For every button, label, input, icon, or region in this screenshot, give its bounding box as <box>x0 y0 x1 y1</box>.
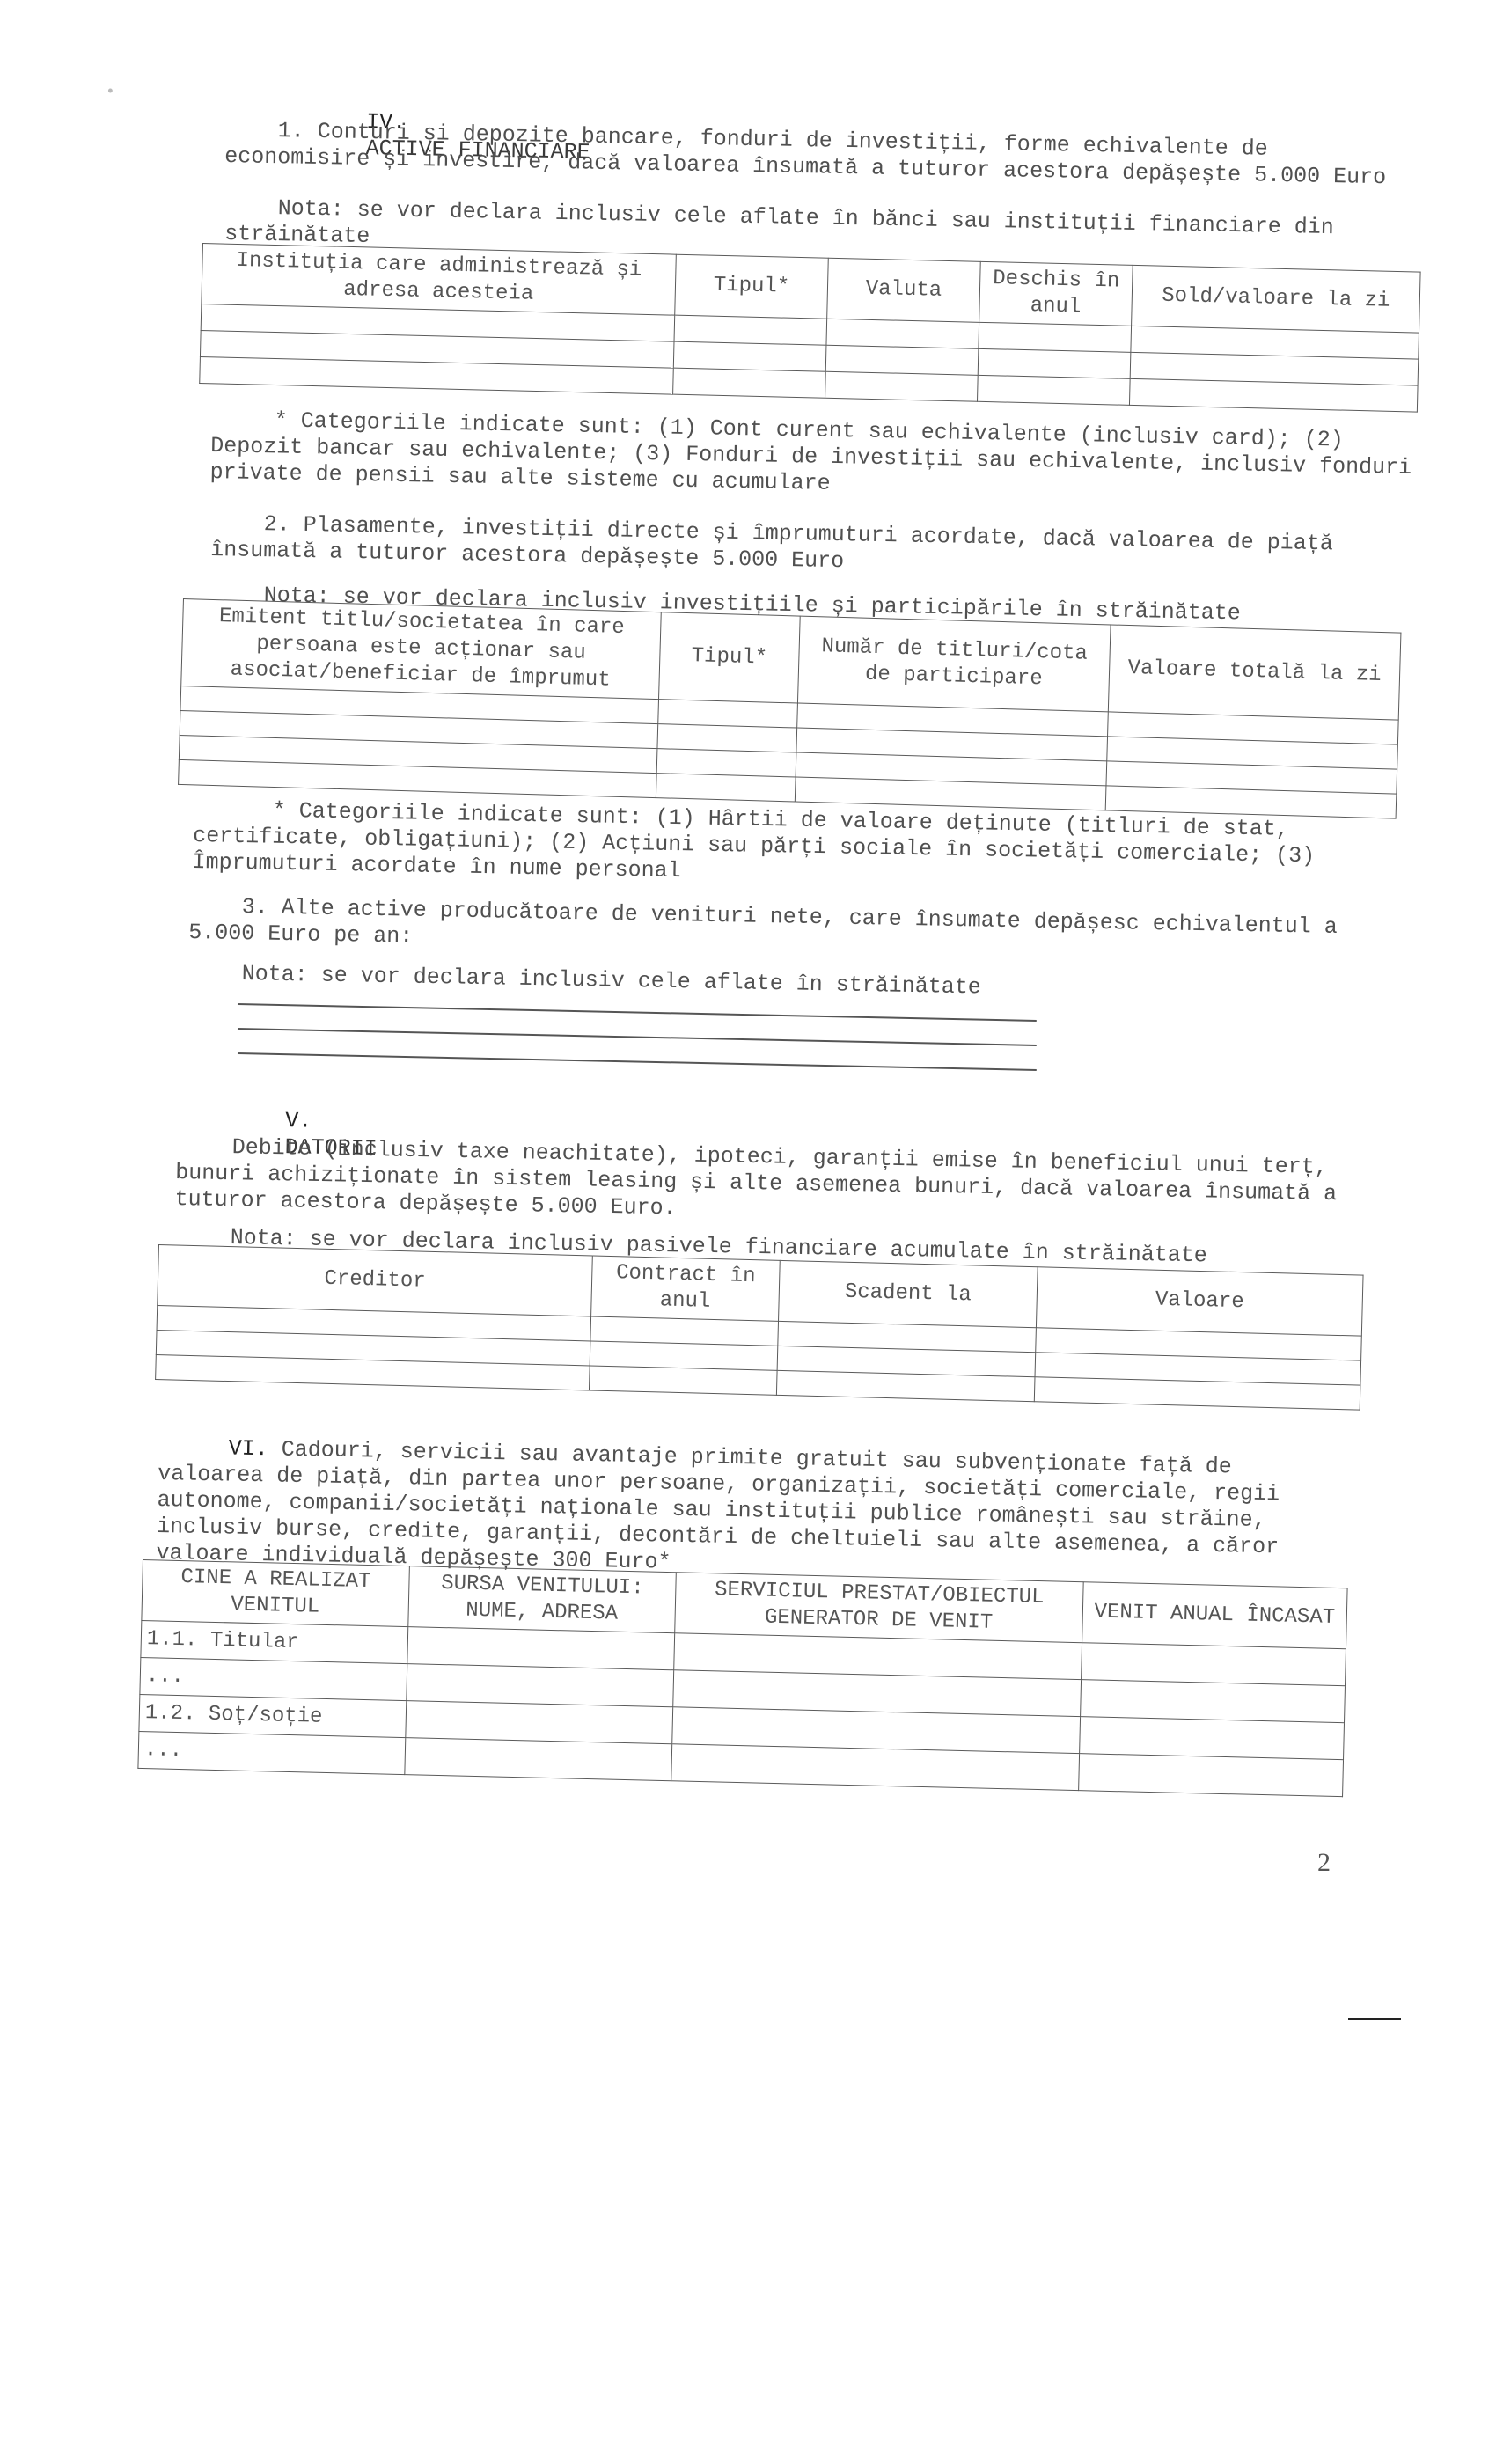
table-cell[interactable] <box>656 774 796 802</box>
table-cell[interactable] <box>776 1370 1035 1401</box>
table-cell[interactable] <box>1080 1717 1345 1760</box>
table-cell[interactable] <box>1082 1643 1346 1686</box>
item1-header-opened: Deschis în anul <box>979 261 1133 326</box>
section-v-text: Debite (inclusiv taxe neachitate), ipote… <box>174 1133 1346 1234</box>
table-cell[interactable] <box>979 322 1132 352</box>
table-cell[interactable] <box>1079 1754 1344 1797</box>
table-cell[interactable] <box>589 1366 777 1395</box>
section-v-header-contract: Contract în anul <box>591 1256 781 1321</box>
table-cell[interactable] <box>825 371 979 401</box>
item2-header-type: Tipul* <box>659 612 801 703</box>
item3-blank-line[interactable] <box>238 1003 1037 1022</box>
item1-header-currency: Valuta <box>827 258 981 322</box>
item3-note: Nota: se vor declara inclusiv cele aflat… <box>241 961 1121 1003</box>
item2-header-issuer: Emitent titlu/societatea în care persoan… <box>181 599 662 700</box>
section-v-header-value: Valoare <box>1036 1267 1363 1336</box>
section-vi-header-source: SURSA VENITULUI: NUME, ADRESA <box>408 1566 677 1633</box>
section-v-header-creditor: Creditor <box>158 1245 593 1316</box>
row-label: 1.2. Soț/soție <box>139 1694 407 1737</box>
scan-speck: • <box>106 84 115 101</box>
row-label: 1.1. Titular <box>141 1620 408 1663</box>
section-v-header-due: Scadent la <box>779 1260 1038 1327</box>
table-cell[interactable] <box>656 749 796 777</box>
item1-header-institution: Instituția care administrează și adresa … <box>202 244 676 316</box>
section-v-number: V. <box>285 1108 312 1134</box>
item2-table: Emitent titlu/societatea în care persoan… <box>178 598 1401 819</box>
section-vi-table-wrap: CINE A REALIZAT VENITUL SURSA VENITULUI:… <box>137 1559 1347 1797</box>
table-cell[interactable] <box>1129 378 1418 412</box>
table-cell[interactable] <box>825 345 979 375</box>
item3-blank-line[interactable] <box>238 1028 1037 1046</box>
item3-blank-line[interactable] <box>238 1052 1037 1071</box>
section-vi-table: CINE A REALIZAT VENITUL SURSA VENITULUI:… <box>137 1559 1347 1797</box>
table-cell[interactable] <box>405 1738 672 1781</box>
table-cell[interactable] <box>658 700 798 728</box>
item2-header-count: Număr de titluri/cota de participare <box>797 616 1111 712</box>
document-page: IV. ACTIVE FINANCIARE 1. Conturi și depo… <box>0 0 1496 2464</box>
table-cell[interactable] <box>406 1701 673 1744</box>
table-cell[interactable] <box>407 1627 675 1670</box>
item1-header-type: Tipul* <box>675 254 829 319</box>
table-cell[interactable] <box>657 724 797 752</box>
table-cell[interactable] <box>977 375 1130 405</box>
section-vi-number: VI. <box>228 1435 268 1462</box>
item3-text: 3. Alte active producătoare de venituri … <box>188 893 1404 968</box>
section-v-table: Creditor Contract în anul Scadent la Val… <box>155 1244 1363 1411</box>
table-cell[interactable] <box>978 348 1131 378</box>
item2-header-value: Valoare totală la zi <box>1108 625 1401 720</box>
section-vi-body: Cadouri, servicii sau avantaje primite g… <box>156 1437 1293 1575</box>
table-cell[interactable] <box>673 341 826 371</box>
table-cell[interactable] <box>407 1664 674 1707</box>
item2-table-wrap: Emitent titlu/societatea în care persoan… <box>178 598 1401 819</box>
row-label: ... <box>140 1657 407 1700</box>
section-v-table-wrap: Creditor Contract în anul Scadent la Val… <box>155 1244 1363 1411</box>
item2-text: 2. Plasamente, investiții directe și împ… <box>210 510 1408 585</box>
table-cell[interactable] <box>1081 1680 1346 1723</box>
item1-header-balance: Sold/valoare la zi <box>1132 265 1421 333</box>
item1-table: Instituția care administrează și adresa … <box>199 243 1420 413</box>
scan-mark <box>1348 2018 1401 2020</box>
item1-table-wrap: Instituția care administrează și adresa … <box>199 243 1420 413</box>
section-vi-header-who: CINE A REALIZAT VENITUL <box>142 1560 410 1627</box>
page-number: 2 <box>1317 1848 1331 1878</box>
item1-footnote: * Categoriile indicate sunt: (1) Cont cu… <box>209 407 1416 508</box>
table-cell[interactable] <box>826 319 979 348</box>
row-label: ... <box>138 1731 406 1774</box>
section-vi-header-income: VENIT ANUAL ÎNCASAT <box>1082 1582 1348 1649</box>
section-vi-header-service: SERVICIUL PRESTAT/OBIECTUL GENERATOR DE … <box>675 1573 1083 1643</box>
table-cell[interactable] <box>674 315 827 345</box>
table-cell[interactable] <box>673 368 826 398</box>
